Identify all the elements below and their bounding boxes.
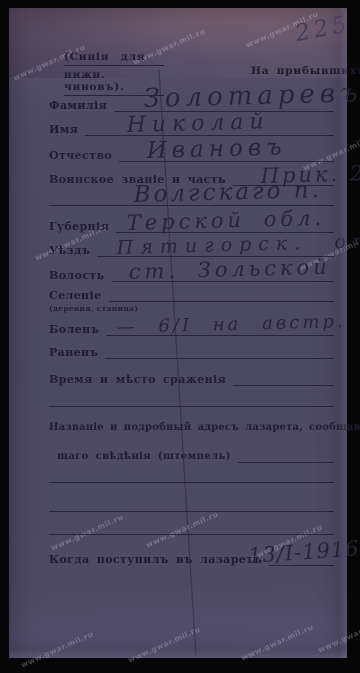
- paper-bottom-edge: [9, 649, 347, 658]
- form-type-note-line1: (Синія для: [64, 51, 164, 66]
- watermark-text: www.gwar.mil.ru: [127, 624, 202, 664]
- ruled-line: [233, 370, 334, 386]
- wounded-label: Раненъ: [49, 346, 105, 359]
- scanned-document-page: www.gwar.mil.ru www.gwar.mil.ru www.gwar…: [9, 8, 347, 658]
- blank-ruled-row: [49, 468, 334, 483]
- handwritten-patronymic: Ивановъ: [146, 134, 287, 164]
- volost-label: Волость: [49, 269, 112, 282]
- patronymic-label: Отчество: [49, 149, 119, 162]
- village-label: Селеніе: [49, 289, 109, 302]
- field-row-hospital-stamp: щаго свѣдѣнія (штемпель): [49, 448, 334, 463]
- ruled-line: [49, 391, 334, 407]
- ruled-line: [105, 343, 334, 359]
- watermark-text: www.gwar.mil.ru: [20, 629, 95, 669]
- village-sublabel: (деревня, станица): [49, 304, 138, 313]
- ruled-line: [49, 519, 334, 535]
- admitted-label: Когда поступилъ въ лазаретъ: [49, 553, 269, 566]
- field-row-patronymic: Отчество Ивановъ: [49, 147, 334, 162]
- field-row-wounded: Раненъ: [49, 344, 334, 359]
- handwritten-surname: Золотаревъ: [143, 78, 360, 114]
- handwritten-regiment: Волгскаго п.: [133, 177, 322, 208]
- field-row-battle: Время и мѣсто сраженія: [49, 371, 334, 386]
- battle-label: Время и мѣсто сраженія: [49, 373, 233, 386]
- surname-label: Фамилія: [49, 99, 114, 112]
- ruled-line: [49, 467, 334, 483]
- page-number: 225: [293, 11, 353, 47]
- first-name-label: Имя: [49, 123, 85, 136]
- watermark-text: www.gwar.mil.ru: [317, 614, 360, 654]
- hospital-address-label-line2: щаго свѣдѣнія (штемпель): [49, 450, 238, 463]
- field-row-surname: Фамилія Золотаревъ: [49, 97, 334, 112]
- field-row-volost: Волость ст. Зольской: [49, 267, 334, 282]
- watermark-text: www.gwar.mil.ru: [240, 622, 315, 662]
- province-label: Губернія: [49, 220, 116, 233]
- blank-ruled-row: [49, 497, 334, 512]
- handwritten-admission-date: 13/I-1916: [247, 536, 360, 568]
- hospital-address-label-line1: Названіе и подробный адресъ лазарета, со…: [49, 422, 334, 433]
- ruled-line: [238, 447, 334, 463]
- field-row-rank-unit-continuation: Волгскаго п.: [49, 191, 334, 206]
- field-row-sick: Боленъ — 6/I на австр. фр.: [49, 321, 334, 336]
- ruled-line: [49, 496, 334, 512]
- ruled-line: [109, 286, 334, 302]
- sick-label: Боленъ: [49, 323, 106, 336]
- field-row-first-name: Имя Николай: [49, 121, 334, 136]
- form-title: На прибывшихъ.: [251, 65, 360, 77]
- blank-ruled-row: [49, 520, 334, 535]
- field-row-province: Губернія Терской обл.: [49, 218, 334, 233]
- field-row-admitted: Когда поступилъ въ лазаретъ 13/I-1916: [49, 551, 334, 566]
- district-label: Уѣздъ: [49, 244, 97, 257]
- handwritten-first-name: Николай: [126, 109, 270, 138]
- field-row-village: Селеніе: [49, 287, 334, 302]
- field-row-battle-continuation: [49, 392, 334, 407]
